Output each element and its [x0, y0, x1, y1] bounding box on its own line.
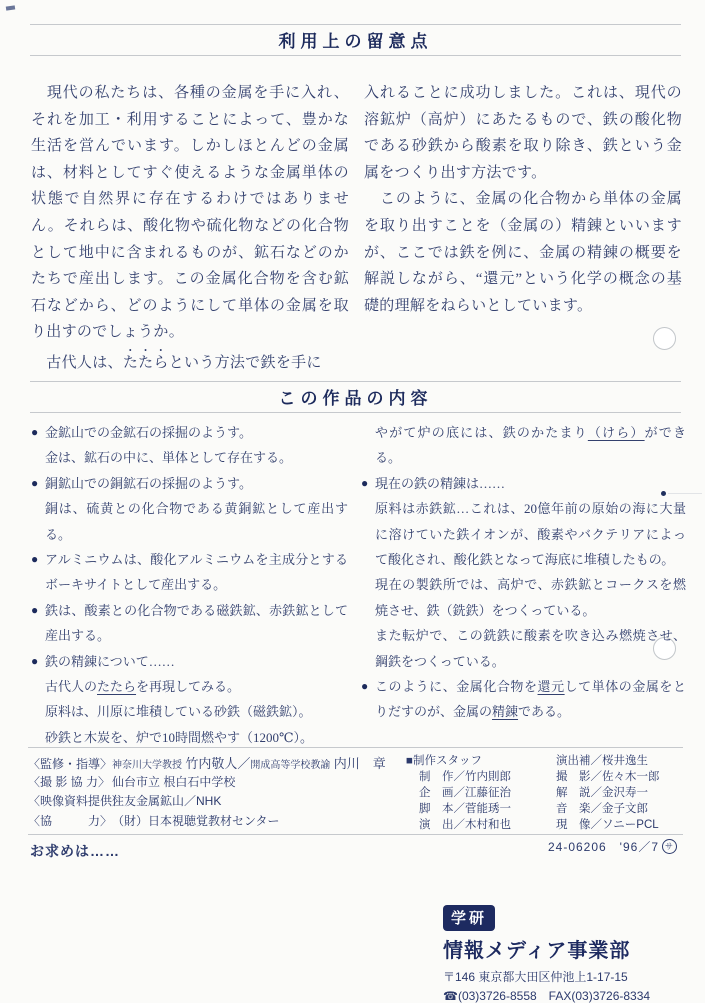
text-run: 古代人の	[45, 679, 97, 694]
bullet-text: 鉄の精錬について……	[45, 654, 175, 669]
text-run: やがて炉の底には、鉄のかたまり	[375, 425, 588, 440]
bullet-text: 現在の鉄の精錬は……	[375, 476, 505, 491]
staff-column-1: ■制作スタッフ 制 作／竹内則郎 企 画／江藤征治 脚 本／菅能琇一 演 出／木…	[406, 753, 556, 833]
bullet-text: 鉄は、酸素との化合物である磁鉄鉱、赤鉄鉱として産出する。	[45, 603, 348, 643]
publisher-division: 情報メディア事業部	[443, 934, 650, 963]
section2-left-column: ●金鉱山での金鉱石の採掘のようす。 金は、鉱石の中に、単体として存在する。 ●銅…	[31, 420, 348, 750]
bullet-item: ●現在の鉄の精錬は……	[361, 471, 686, 496]
bullet-icon: ●	[361, 471, 368, 496]
catalog-number: 24-06206 '96／7	[548, 838, 659, 855]
credit-value: 仙台市立 根白石中学校	[112, 773, 235, 790]
bullet-subtext: 原料は、川原に堆積している砂鉄（磁鉄鉱）。	[31, 699, 348, 724]
credit-value: 住友金属鉱山／NHK	[112, 792, 221, 809]
order-text: お求めは……	[30, 841, 120, 861]
staff-entry: 演 出／木村和也	[406, 817, 556, 833]
bullet-text: 金鉱山での金鉱石の採掘のようす。	[45, 425, 252, 440]
bullet-text: アルミニウムは、酸化アルミニウムを主成分とするボーキサイトとして産出する。	[45, 552, 348, 592]
bullet-item: ●銅鉱山での銅鉱石の採掘のようす。	[31, 471, 348, 496]
credit-label: 〈監修・指導〉	[28, 755, 112, 772]
credit-row: 〈映像資料提供〉 住友金属鉱山／NHK	[28, 792, 406, 812]
section2-body: ●金鉱山での金鉱石の採掘のようす。 金は、鉱石の中に、単体として存在する。 ●銅…	[31, 420, 686, 750]
production-staff: ■制作スタッフ 制 作／竹内則郎 企 画／江藤征治 脚 本／菅能琇一 演 出／木…	[406, 753, 660, 833]
gakken-logo: 学研	[443, 905, 495, 931]
bullet-item: ●アルミニウムは、酸化アルミニウムを主成分とするボーキサイトとして産出する。	[31, 547, 348, 598]
credit-org: 神奈川大学教授	[112, 760, 182, 771]
staff-entry: 制 作／竹内則郎	[406, 769, 556, 785]
section1-body: 現代の私たちは、各種の金属を手に入れ、それを加工・利用することによって、豊かな生…	[31, 80, 682, 377]
credit-row: 〈監修・指導〉 神奈川大学教授 竹内敬人／開成高等学校教諭 内川 章	[28, 753, 406, 773]
bullet-icon: ●	[31, 547, 38, 572]
bullet-subtext: 古代人のたたらを再現してみる。	[31, 674, 348, 699]
text-run: である。	[518, 704, 570, 719]
section2-title: この作品の内容	[30, 382, 681, 412]
credit-value: 神奈川大学教授 竹内敬人／開成高等学校教諭 内川 章	[112, 753, 386, 772]
credits-list: 〈監修・指導〉 神奈川大学教授 竹内敬人／開成高等学校教諭 内川 章 〈撮 影 …	[28, 753, 406, 833]
staff-entry: 現 像／ソニーPCL	[556, 817, 660, 833]
section2-header: この作品の内容	[30, 381, 681, 413]
bullet-item: ●このように、金属化合物を還元して単体の金属をとりだすのが、金属の精錬である。	[361, 674, 686, 725]
catalog-code: 24-06206 '96／7 サ	[548, 838, 677, 855]
rule-line	[30, 412, 681, 413]
circled-mark: サ	[662, 839, 677, 854]
bullet-icon: ●	[31, 471, 38, 496]
staff-entry: 解 説／金沢寿一	[556, 785, 660, 801]
credit-org: 開成高等学校教諭	[250, 760, 330, 771]
section1-header: 利用上の留意点	[30, 24, 681, 56]
document-page: 利用上の留意点 現代の私たちは、各種の金属を手に入れ、それを加工・利用することに…	[0, 0, 705, 1003]
bullet-item: ●鉄の精錬について……	[31, 649, 348, 674]
section1-right-column: 入れることに成功しました。これは、現代の溶鉱炉（高炉）にあたるもので、鉄の酸化物…	[364, 80, 682, 377]
bullet-subtext: また転炉で、この銑鉄に酸素を吹き込み燃焼させ、鋼鉄をつくっている。	[361, 623, 686, 674]
bullet-subtext: 原料は赤鉄鉱…これは、20億年前の原始の海に大量に溶けていた鉄イオンが、酸素やバ…	[361, 496, 686, 572]
bullet-subtext: 現在の製鉄所では、高炉で、赤鉄鉱とコークスを燃焼させ、鉄（銑鉄）をつくっている。	[361, 572, 686, 623]
bullet-icon: ●	[31, 649, 38, 674]
text-run: 古代人は、	[31, 355, 123, 371]
rule-line	[28, 834, 683, 835]
scan-corner-mark	[6, 5, 15, 10]
publisher-address: 〒146 東京都大田区仲池上1-17-15	[443, 968, 650, 985]
paragraph: 現代の私たちは、各種の金属を手に入れ、それを加工・利用することによって、豊かな生…	[31, 80, 349, 346]
bullet-icon: ●	[31, 598, 38, 623]
credit-label: 〈映像資料提供〉	[28, 792, 112, 809]
text-run: このように、金属化合物を	[375, 679, 538, 694]
text-run: という方法で鉄を手に	[169, 355, 322, 371]
section2-right-column: やがて炉の底には、鉄のかたまり（けら）ができる。 ●現在の鉄の精錬は…… 原料は…	[361, 420, 686, 750]
publisher-block: 学研 情報メディア事業部 〒146 東京都大田区仲池上1-17-15 ☎(03)…	[443, 905, 650, 1003]
bullet-item: ●鉄は、酸素との化合物である磁鉄鉱、赤鉄鉱として産出する。	[31, 598, 348, 649]
section1-title: 利用上の留意点	[30, 25, 681, 55]
bullet-icon: ●	[31, 420, 38, 445]
emphasized-text: たたら	[123, 355, 169, 371]
underlined-text: たたら	[97, 679, 136, 694]
underlined-text: （けら）	[588, 425, 645, 440]
rule-line	[30, 55, 681, 56]
staff-entry: 企 画／江藤征治	[406, 785, 556, 801]
bullet-item: ●金鉱山での金鉱石の採掘のようす。	[31, 420, 348, 445]
staff-column-2: 演出補／桜井逸生 撮 影／佐々木一郎 解 説／金沢寿一 音 楽／金子文郎 現 像…	[556, 753, 660, 833]
bullet-text: 銅鉱山での銅鉱石の採掘のようす。	[45, 476, 252, 491]
credit-label: 〈協 力〉	[28, 812, 112, 829]
credit-row: 〈協 力〉 （財）日本視聴覚教材センター	[28, 812, 406, 832]
credit-separator: ／	[237, 756, 250, 771]
bullet-icon: ●	[361, 674, 368, 699]
credit-label: 〈撮 影 協 力〉	[28, 773, 112, 790]
credit-row: 〈撮 影 協 力〉 仙台市立 根白石中学校	[28, 773, 406, 793]
staff-heading: ■制作スタッフ	[406, 753, 556, 769]
staff-entry: 音 楽／金子文郎	[556, 801, 660, 817]
staff-entry: 演出補／桜井逸生	[556, 753, 660, 769]
credits-block: 〈監修・指導〉 神奈川大学教授 竹内敬人／開成高等学校教諭 内川 章 〈撮 影 …	[28, 753, 683, 833]
paragraph: 古代人は、たたらという方法で鉄を手に	[31, 346, 349, 377]
credit-name: 内川 章	[334, 756, 386, 771]
credit-name: 竹内敬人	[185, 756, 237, 771]
bullet-subtext: 金は、鉱石の中に、単体として存在する。	[31, 445, 348, 470]
credit-value: （財）日本視聴覚教材センター	[112, 812, 280, 829]
paragraph: このように、金属の化合物から単体の金属を取り出すことを（金属の）精錬といいますが…	[364, 186, 682, 319]
paragraph: 入れることに成功しました。これは、現代の溶鉱炉（高炉）にあたるもので、鉄の酸化物…	[364, 80, 682, 186]
staff-entry: 撮 影／佐々木一郎	[556, 769, 660, 785]
staff-entry: 脚 本／菅能琇一	[406, 801, 556, 817]
text-run: を再現してみる。	[136, 679, 240, 694]
section1-left-column: 現代の私たちは、各種の金属を手に入れ、それを加工・利用することによって、豊かな生…	[31, 80, 349, 377]
bullet-subtext: 銅は、硫黄との化合物である黄銅鉱として産出する。	[31, 496, 348, 547]
rule-line	[28, 747, 683, 748]
continuation-line: やがて炉の底には、鉄のかたまり（けら）ができる。	[361, 420, 686, 471]
publisher-phone: ☎(03)3726-8558 FAX(03)3726-8334	[443, 987, 650, 1003]
underlined-text: 還元	[538, 679, 565, 694]
underlined-text: 精錬	[492, 704, 518, 719]
